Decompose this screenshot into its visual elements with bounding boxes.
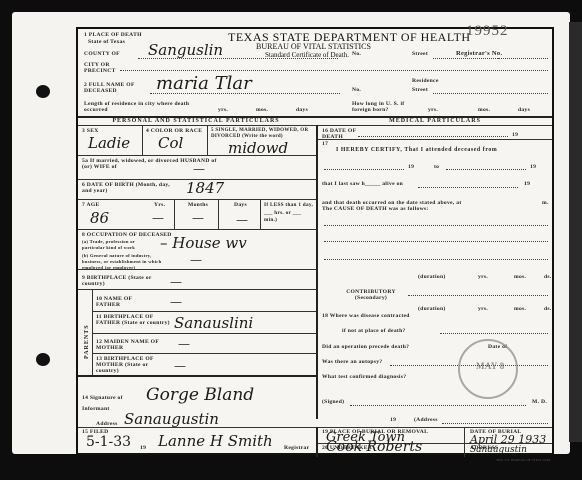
date-of-birth-value: 1847 bbox=[186, 179, 224, 197]
death-certificate-form: 1 PLACE OF DEATH State of Texas TEXAS ST… bbox=[76, 27, 554, 455]
row-line bbox=[78, 269, 316, 270]
foreign-mos: mos. bbox=[478, 107, 490, 113]
occupation-a-label: (a) Trade, profession or particular kind… bbox=[82, 239, 152, 251]
date-line bbox=[358, 136, 508, 137]
parents-divider bbox=[92, 289, 93, 375]
months-value: — bbox=[192, 211, 204, 225]
occupation-b-value: — bbox=[190, 253, 202, 267]
age-yrs-value: — bbox=[152, 211, 164, 225]
age-label: 7 AGE bbox=[82, 202, 100, 208]
birthplace-label: 9 BIRTHPLACE (State or country) bbox=[82, 275, 152, 287]
row-line bbox=[78, 375, 316, 377]
not-at-place-label: if not at place of death? bbox=[342, 328, 406, 334]
months-label: Months bbox=[188, 202, 208, 208]
name-line bbox=[150, 93, 340, 94]
signed-label: (Signed) bbox=[322, 399, 344, 405]
undertaker-address-value: Sanaugustin bbox=[470, 445, 527, 455]
cause-line bbox=[324, 241, 548, 242]
sidebar-instructions: N. B.—WRITE PLAINLY WITH UNFADING INK—TH… bbox=[18, 60, 76, 445]
duration-label-2: (duration) bbox=[418, 306, 446, 312]
row-line bbox=[78, 289, 316, 290]
printer-mark: TEX. S.S. BUREAU OF VITAL STAT. bbox=[496, 458, 551, 462]
duration-yrs-1: yrs. bbox=[478, 274, 488, 280]
address-line bbox=[442, 423, 548, 424]
length-mos: mos. bbox=[256, 107, 268, 113]
m-label: m. bbox=[542, 200, 549, 206]
father-birthplace-label: 11 BIRTHPLACE OF FATHER (State or countr… bbox=[96, 314, 176, 326]
informant-address-value: Sanaugustin bbox=[124, 410, 219, 428]
last-saw-19: 19 bbox=[524, 181, 530, 187]
registrar-no-label: Registrar's No. bbox=[456, 51, 502, 57]
divider bbox=[260, 199, 261, 229]
length-days: days bbox=[296, 107, 308, 113]
registrar-label: Registrar bbox=[284, 445, 309, 451]
father-name-label: 10 NAME OF FATHER bbox=[96, 296, 146, 308]
mother-birthplace-label: 13 BIRTHPLACE OF MOTHER (State or countr… bbox=[96, 356, 166, 375]
row-line bbox=[92, 353, 316, 354]
residence-street-label: Street bbox=[412, 87, 428, 93]
cause-line bbox=[324, 259, 548, 260]
county-value: Sanguslin bbox=[148, 41, 223, 59]
death-19: 19 bbox=[512, 132, 518, 138]
stamp-date: MAY 8 bbox=[476, 363, 505, 369]
mother-name-label: 12 MAIDEN NAME OF MOTHER bbox=[96, 339, 166, 351]
residence-label: Residence bbox=[412, 78, 439, 84]
city-line bbox=[120, 70, 548, 71]
duration-ds-2: ds. bbox=[544, 306, 552, 312]
divider bbox=[174, 199, 175, 229]
physician-address-label: (Address bbox=[414, 417, 438, 423]
foreign-days: days bbox=[518, 107, 530, 113]
last-saw-line bbox=[418, 187, 518, 188]
filed-date-value: 5-1-33 bbox=[86, 434, 131, 450]
row-line bbox=[78, 229, 316, 230]
certificate-number: 19952 bbox=[466, 23, 509, 40]
less-than-day-label: If LESS than 1 day, ___ hrs. or ___ min.… bbox=[264, 202, 316, 225]
date-of-birth-label: 6 DATE OF BIRTH (Month, day, and year) bbox=[82, 182, 172, 194]
duration-mos-2: mos. bbox=[514, 306, 526, 312]
last-saw-text: that I last saw h_____ alive on bbox=[322, 181, 403, 187]
registrar-signature: Lanne H Smith bbox=[158, 432, 273, 450]
signed-19: 19 bbox=[390, 417, 396, 423]
place-of-death-label: 1 PLACE OF DEATH bbox=[84, 32, 142, 38]
parents-label: PARENTS bbox=[84, 324, 90, 359]
md-label: M. D. bbox=[532, 399, 547, 405]
residence-no-label: No. bbox=[352, 87, 361, 93]
row-line bbox=[92, 333, 316, 334]
divider bbox=[218, 199, 219, 229]
from-19: 19 bbox=[408, 164, 414, 170]
father-name-value: — bbox=[170, 295, 182, 309]
informant-value: Gorge Bland bbox=[146, 385, 254, 405]
deceased-name-value: maria Tlar bbox=[156, 73, 252, 94]
length-of-residence-label: Length of residence in city where death … bbox=[84, 101, 194, 113]
section-rule bbox=[78, 125, 552, 126]
color-value: Col bbox=[158, 134, 183, 152]
from-line bbox=[324, 169, 404, 170]
filed-19: 19 bbox=[140, 445, 146, 451]
duration-ds-1: ds. bbox=[544, 274, 552, 280]
no-label: No. bbox=[352, 51, 361, 57]
occupation-label: 8 OCCUPATION OF DECEASED bbox=[82, 232, 172, 238]
city-label: CITY OR PRECINCT bbox=[84, 62, 118, 74]
mother-name-value: — bbox=[178, 337, 190, 351]
contributory-label: CONTRIBUTORY (Secondary) bbox=[336, 289, 406, 301]
to-label: to bbox=[434, 164, 439, 170]
item-17: 17 bbox=[322, 141, 328, 147]
contracted-line bbox=[440, 333, 548, 334]
bureau-label: BUREAU OF VITAL STATISTICS bbox=[256, 42, 371, 51]
duration-label-1: (duration) bbox=[418, 274, 446, 280]
personal-section-title: PERSONAL AND STATISTICAL PARTICULARS bbox=[78, 118, 314, 124]
diagnosis-test-label: What test confirmed diagnosis? bbox=[322, 374, 406, 380]
autopsy-label: Was there an autopsy? bbox=[322, 359, 382, 365]
foreign-yrs: yrs. bbox=[428, 107, 438, 113]
column-divider bbox=[316, 125, 318, 419]
to-line bbox=[446, 169, 526, 170]
row-line bbox=[78, 199, 316, 200]
divider bbox=[464, 427, 465, 457]
row-line bbox=[92, 311, 316, 312]
registration-stamp: MAY 8 bbox=[458, 339, 518, 399]
divider bbox=[207, 125, 208, 155]
days-label: Days bbox=[234, 202, 247, 208]
duration-mos-1: mos. bbox=[514, 274, 526, 280]
county-line bbox=[138, 58, 338, 59]
divider bbox=[142, 125, 143, 155]
county-label: COUNTY OF bbox=[84, 51, 120, 57]
street-label: Street bbox=[412, 51, 428, 57]
signed-line bbox=[350, 405, 526, 406]
age-yrs-label: Yrs. bbox=[154, 202, 165, 208]
residence-line bbox=[433, 93, 548, 94]
scan-edge bbox=[569, 22, 582, 442]
birthplace-value: — bbox=[170, 275, 182, 289]
duration-yrs-2: yrs. bbox=[478, 306, 488, 312]
days-value: — bbox=[236, 213, 248, 227]
contributory-line bbox=[408, 295, 548, 296]
row-line bbox=[78, 155, 316, 156]
mother-birthplace-value: — bbox=[174, 359, 186, 373]
cause-of-death-text: The CAUSE OF DEATH was as follows: bbox=[322, 206, 429, 212]
to-19: 19 bbox=[530, 164, 536, 170]
contracted-label: 18 Where was disease contracted bbox=[322, 313, 410, 319]
age-value: 86 bbox=[90, 209, 109, 227]
operation-label: Did an operation precede death? bbox=[322, 344, 409, 350]
sex-value: Ladie bbox=[88, 134, 130, 152]
column-divider bbox=[316, 427, 318, 457]
medical-section-title: MEDICAL PARTICULARS bbox=[318, 118, 552, 124]
foreign-born-label: How long in U. S. if foreign born? bbox=[352, 101, 412, 113]
cause-line bbox=[324, 225, 548, 226]
full-name-label: 2 FULL NAME OF DECEASED bbox=[84, 82, 144, 94]
state-label: State of Texas bbox=[88, 39, 125, 45]
occupation-a-value: – House wv bbox=[160, 234, 247, 252]
spouse-value: — bbox=[193, 162, 205, 176]
father-birthplace-value: Sanauslini bbox=[174, 314, 253, 332]
street-line bbox=[433, 58, 548, 59]
row-line bbox=[78, 427, 552, 428]
undertaker-value: Cook Roberts bbox=[326, 439, 422, 455]
length-yrs: yrs. bbox=[218, 107, 228, 113]
row-line bbox=[318, 139, 552, 140]
certify-text: I HEREBY CERTIFY, That I attended deceas… bbox=[336, 147, 497, 153]
